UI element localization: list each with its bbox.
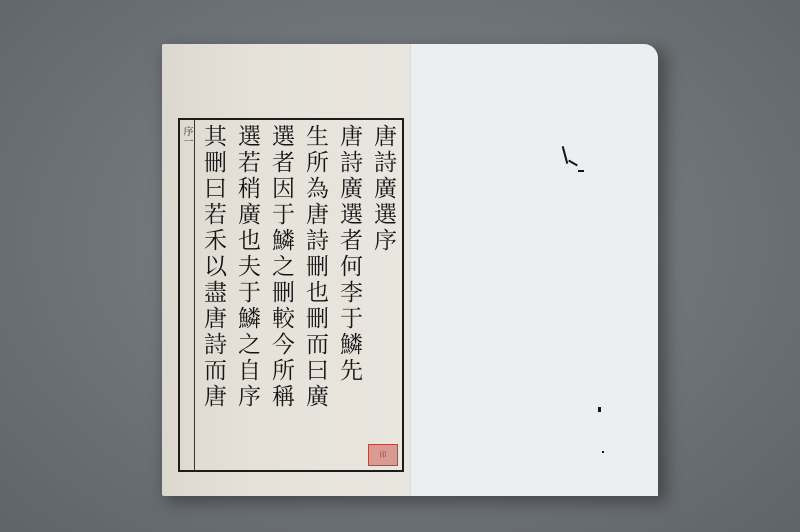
text-column: 生所為唐詩刪也刪而曰廣 (302, 120, 328, 470)
right-page-blank (410, 44, 658, 496)
text-frame: 序一 唐詩廣選序 唐詩廣選者何李于鱗先 生所為唐詩刪也刪而曰廣 選者因于鱗之刪較… (178, 118, 404, 472)
ink-speck (568, 160, 578, 167)
gutter-label: 序一 (180, 126, 194, 146)
red-seal-stamp: 印 (368, 444, 398, 466)
text-column: 唐詩廣選者何李于鱗先 (336, 120, 362, 470)
ink-speck (598, 407, 601, 412)
text-column: 選若稍廣也夫于鱗之自序 (234, 120, 260, 470)
gutter-divider (194, 120, 195, 470)
ink-speck (578, 170, 584, 172)
text-column: 選者因于鱗之刪較今所稱 (268, 120, 294, 470)
text-columns: 唐詩廣選序 唐詩廣選者何李于鱗先 生所為唐詩刪也刪而曰廣 選者因于鱗之刪較今所稱… (198, 120, 400, 470)
ink-speck (602, 451, 604, 453)
left-page: 序一 唐詩廣選序 唐詩廣選者何李于鱗先 生所為唐詩刪也刪而曰廣 選者因于鱗之刪較… (162, 44, 412, 496)
text-column: 唐詩廣選序 (370, 120, 396, 470)
seal-text: 印 (380, 451, 387, 459)
text-column: 其刪曰若禾以盡唐詩而唐 (200, 120, 226, 470)
